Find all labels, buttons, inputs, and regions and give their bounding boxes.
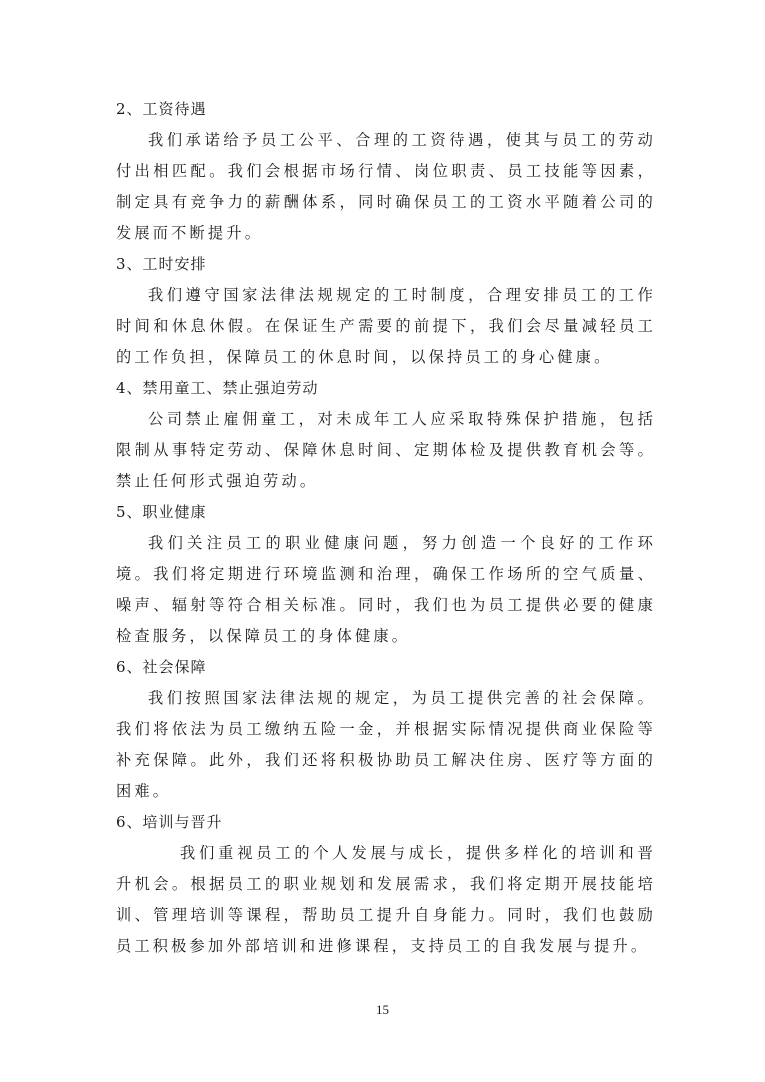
page-content: 2、工资待遇 我们承诺给予员工公平、合理的工资待遇，使其与员工的劳动付出相匹配。… (116, 94, 656, 962)
section-body-training-promotion: 我们重视员工的个人发展与成长，提供多样化的培训和晋升机会。根据员工的职业规划和发… (116, 838, 656, 962)
section-heading-occupational-health: 5、职业健康 (116, 497, 656, 528)
section-heading-wages: 2、工资待遇 (116, 94, 656, 125)
section-body-working-hours: 我们遵守国家法律法规规定的工时制度，合理安排员工的工作时间和休息休假。在保证生产… (116, 280, 656, 373)
document-page: 2、工资待遇 我们承诺给予员工公平、合理的工资待遇，使其与员工的劳动付出相匹配。… (0, 0, 765, 1082)
section-body-occupational-health: 我们关注员工的职业健康问题，努力创造一个良好的工作环境。我们将定期进行环境监测和… (116, 528, 656, 652)
section-heading-working-hours: 3、工时安排 (116, 249, 656, 280)
section-heading-training-promotion: 6、培训与晋升 (116, 807, 656, 838)
section-body-wages: 我们承诺给予员工公平、合理的工资待遇，使其与员工的劳动付出相匹配。我们会根据市场… (116, 125, 656, 249)
page-number: 15 (0, 1002, 765, 1018)
section-heading-child-forced-labor: 4、禁用童工、禁止强迫劳动 (116, 373, 656, 404)
section-heading-social-security: 6、社会保障 (116, 652, 656, 683)
section-body-social-security: 我们按照国家法律法规的规定，为员工提供完善的社会保障。我们将依法为员工缴纳五险一… (116, 683, 656, 807)
section-body-child-forced-labor: 公司禁止雇佣童工，对未成年工人应采取特殊保护措施，包括 限制从事特定劳动、保障休… (116, 404, 656, 497)
